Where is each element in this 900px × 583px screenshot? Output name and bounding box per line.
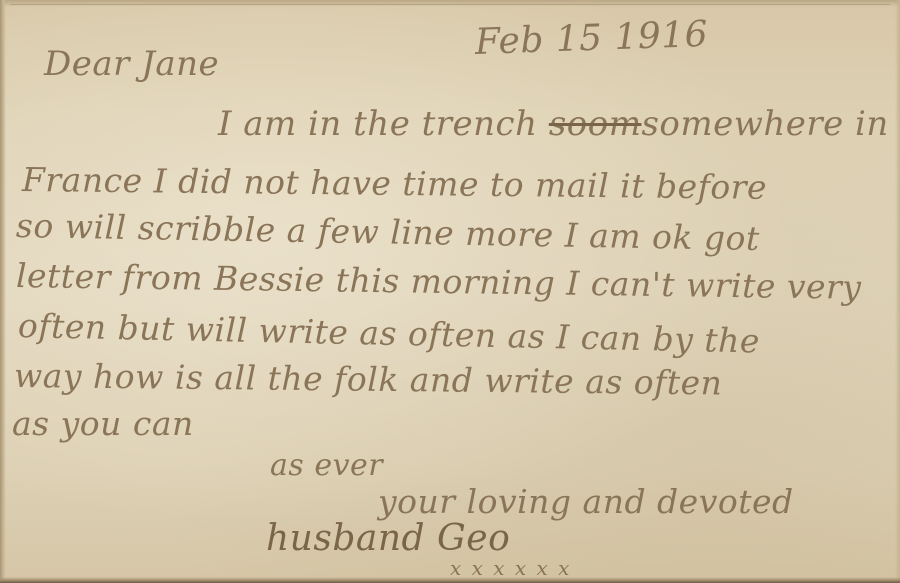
letter-date: Feb 15 1916 — [474, 14, 708, 63]
body-line-1-text: I am in the trench — [218, 104, 538, 144]
body-line-7: as you can — [12, 404, 194, 443]
closing: as ever — [270, 448, 383, 483]
kisses: x x x x x x — [450, 556, 571, 580]
signature: husband Geo — [266, 518, 510, 559]
body-line-1: I am in the trench soomsomewhere in — [218, 104, 889, 144]
letter-page: Feb 15 1916 Dear Jane I am in the trench… — [0, 0, 900, 583]
paper-fold-line — [10, 4, 890, 5]
body-line-6: way how is all the folk and write as oft… — [14, 356, 723, 402]
body-line-4: letter from Bessie this morning I can't … — [16, 256, 862, 307]
body-line-2: France I did not have time to mail it be… — [22, 160, 767, 207]
closing-line-2: your loving and devoted — [378, 482, 794, 521]
salutation: Dear Jane — [44, 44, 219, 84]
crossed-out-word: soom — [549, 104, 642, 144]
body-line-3: so will scribble a few line more I am ok… — [16, 206, 760, 258]
paper-right-edge — [895, 0, 900, 583]
body-line-5: often but will write as often as I can b… — [18, 306, 761, 361]
paper-left-edge — [0, 0, 6, 583]
body-line-1-tail: somewhere in — [641, 104, 888, 144]
